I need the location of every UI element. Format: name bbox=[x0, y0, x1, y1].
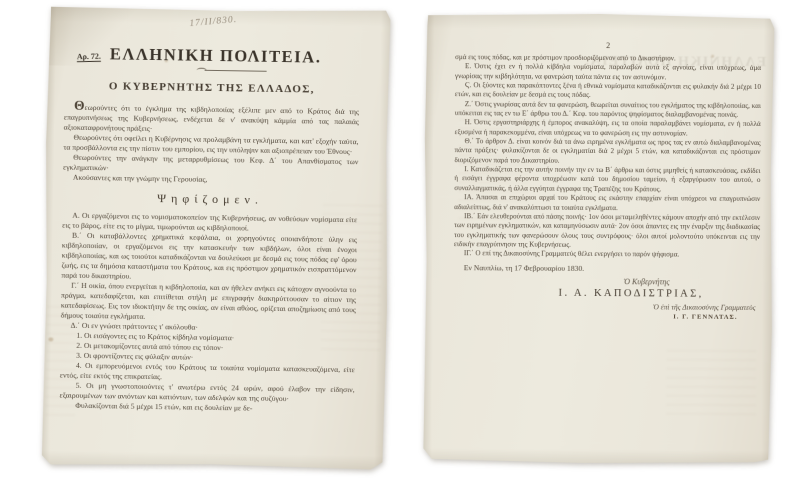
page-1-content: Αρ. 72. ΕΛΛΗΝΙΚΗ ΠΟΛΙΤΕΙΑ. Ο ΚΥΒΕΡΝΗΤΗΣ … bbox=[41, 5, 391, 415]
article-paragraph: Ε. Όστις έχει εν ή πολλά κίβδηλα νομίσμα… bbox=[455, 62, 761, 83]
article-paragraph: ΙΑ. Άπασαι αι επιχώριοι αρχαί του Κράτου… bbox=[454, 193, 760, 214]
article-paragraph: Ϛ. Οι ξύοντες και παρακόπτοντες ξένα ή ε… bbox=[455, 81, 761, 102]
article-paragraph: Η. Όστις εργαστηριάρχης ή έμπορος ανακαλ… bbox=[455, 119, 761, 140]
article-paragraph: ΙΓ.΄ Ο επί της Δικαιοσύνης Γραμματεύς θέ… bbox=[454, 249, 760, 260]
article-paragraph: Γ.΄ Η οικία, όπου ενεργείται η κιβδηλοπο… bbox=[61, 281, 357, 326]
article-paragraph: Β.΄ Οι καταβάλλοντες χρηματικά κεφάλαια,… bbox=[61, 231, 357, 286]
article-paragraph: Ι. Καταδικάζεται εις την αυτήν ποινήν τη… bbox=[454, 165, 760, 195]
signature-role-secretary: Ὁ ἐπὶ τῆς Δικαιοσύνης Γραμματεὺς bbox=[454, 301, 760, 312]
page-1-paper: 17/II/830. Αρ. 72. ΕΛΛΗΝΙΚΗ ΠΟΛΙΤΕΙΑ. Ο … bbox=[40, 5, 391, 469]
page-2-content: 2 σμά εις τους πόδας, και με πρόστιμον π… bbox=[424, 13, 775, 321]
photo-background: 17/II/830. Αρ. 72. ΕΛΛΗΝΙΚΗ ΠΟΛΙΤΕΙΑ. Ο … bbox=[0, 0, 800, 479]
article-paragraph: Θ.΄ Το άρθρον Δ. είναι κοινόν διά τα άνω… bbox=[454, 137, 760, 167]
article-paragraph: Ζ.΄ Όστις γνωρίσας αυτά δεν τα φανερώση,… bbox=[455, 100, 761, 121]
document-page-2: ΕΛΛΗΝΙΚΗ ΠΟΛΙΤΕΙΑ. 2 σμά εις τους πόδας,… bbox=[423, 13, 775, 464]
ornamental-divider bbox=[205, 70, 267, 72]
ink-bleed-through bbox=[666, 344, 756, 415]
page-title: ΕΛΛΗΝΙΚΗ ΠΟΛΙΤΕΙΑ. bbox=[110, 44, 322, 67]
decree-heading: Ψηφίζομεν. bbox=[62, 190, 357, 210]
document-number: Αρ. 72. bbox=[77, 52, 101, 62]
issuer-heading: Ο ΚΥΒΕΡΝΗΤΗΣ ΤΗΣ ΕΛΛΑΔΟΣ, bbox=[64, 80, 359, 97]
page-number: 2 bbox=[455, 40, 761, 51]
preamble-paragraph: Θεωρούντες ότι το έγκλημα της κιβδηλοποι… bbox=[64, 101, 359, 138]
document-page-1: 17/II/830. Αρ. 72. ΕΛΛΗΝΙΚΗ ΠΟΛΙΤΕΙΑ. Ο … bbox=[40, 5, 391, 469]
signature-role-governor: Ὁ Κυβερνήτης bbox=[454, 276, 760, 287]
signature-name-governor: Ι. Α. ΚΑΠΟΔΙΣΤΡΙΑΣ, bbox=[454, 287, 760, 300]
masthead: Αρ. 72. ΕΛΛΗΝΙΚΗ ΠΟΛΙΤΕΙΑ. bbox=[65, 44, 360, 69]
article-paragraph: ΙΒ.΄ Εάν ελευθερούνται από πάσης ποινής·… bbox=[454, 212, 760, 251]
page-2-paper: ΕΛΛΗΝΙΚΗ ΠΟΛΙΤΕΙΑ. 2 σμά εις τους πόδας,… bbox=[423, 13, 775, 464]
place-date-line: Εν Ναυπλίω, τη 17 Φεβρουαρίου 1830. bbox=[454, 263, 760, 274]
signature-name-secretary: Ι. Γ. ΓΕΝΝΑΤΑΣ. bbox=[454, 312, 760, 321]
